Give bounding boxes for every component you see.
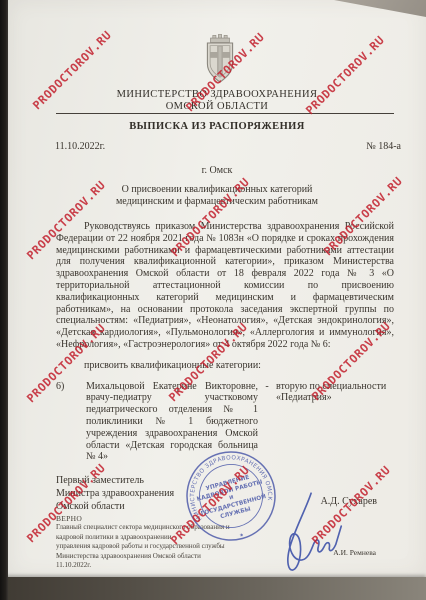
stamp-line3: И: [229, 494, 235, 501]
document-date: 11.10.2022г.: [55, 141, 105, 152]
document-number: № 184-а: [366, 141, 401, 152]
official-round-stamp: МИНИСТЕРСТВО ЗДРАВООХРАНЕНИЯ ОМСКОЙ ОБЛА…: [181, 446, 281, 546]
letterhead-divider: [56, 113, 394, 114]
date-number-row: 11.10.2022г. № 184-а: [55, 141, 401, 152]
ministry-name-line1: МИНИСТЕРСТВО ЗДРАВООХРАНЕНИЯ: [8, 89, 426, 101]
document-title: ВЫПИСКА ИЗ РАСПОРЯЖЕНИЯ: [8, 121, 426, 132]
item-dash: -: [258, 381, 276, 393]
document-page: МИНИСТЕРСТВО ЗДРАВООХРАНЕНИЯ ОМСКОЙ ОБЛА…: [8, 0, 426, 577]
subject-line1: О присвоении квалификационных категорий: [8, 184, 426, 196]
paper-corner-background: [334, 0, 426, 17]
item-number: 6): [56, 381, 86, 393]
document-city: г. Омск: [8, 165, 426, 176]
certifier-date: 11.10.2022г.: [56, 561, 402, 571]
scan-bottom-edge: [0, 577, 426, 600]
stamp-separator-star: ★: [239, 532, 245, 539]
letterhead-org-name: МИНИСТЕРСТВО ЗДРАВООХРАНЕНИЯ ОМСКОЙ ОБЛА…: [8, 89, 426, 113]
scan-left-edge: [0, 0, 8, 600]
ministry-name-line2: ОМСКОЙ ОБЛАСТИ: [8, 101, 426, 113]
